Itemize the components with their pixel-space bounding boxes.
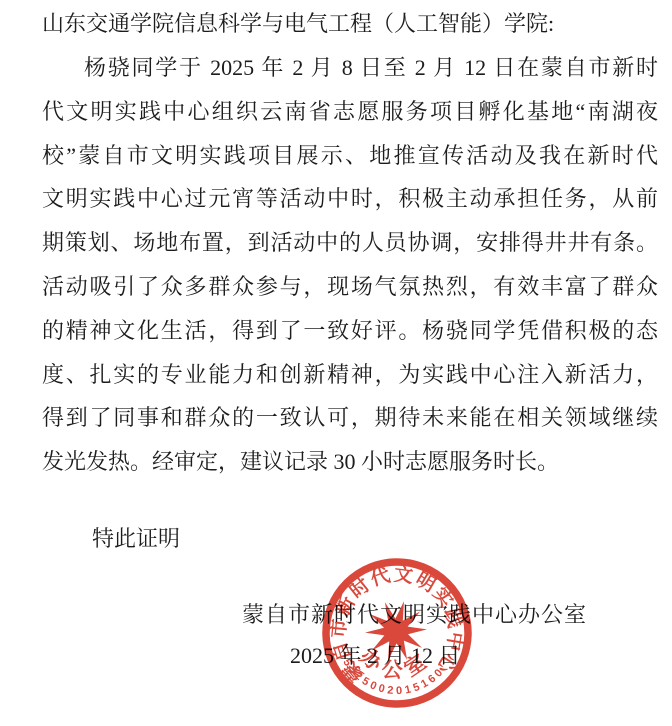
closing-line: 特此证明	[92, 524, 180, 554]
date-line: 2025 年 2 月 12 日	[290, 641, 461, 671]
body-line: 活动吸引了众多群众参与，现场气氛热烈，有效丰富了群众	[42, 265, 658, 309]
certificate-document: 山东交通学院信息科学与电气工程（人工智能）学院: 杨骁同学于 2025 年 2 …	[0, 0, 672, 726]
greeting-line: 山东交通学院信息科学与电气工程（人工智能）学院:	[42, 9, 658, 39]
seal-ring	[326, 562, 468, 704]
body-paragraph: 杨骁同学于 2025 年 2 月 8 日至 2 月 12 日在蒙自市新时 代文明…	[42, 46, 658, 484]
body-line: 文明实践中心过元宵等活动中时，积极主动承担任务，从前	[42, 177, 658, 221]
body-line: 杨骁同学于 2025 年 2 月 8 日至 2 月 12 日在蒙自市新时	[42, 46, 658, 90]
body-line: 期策划、场地布置，到活动中的人员协调，安排得井井有条。	[42, 221, 658, 265]
body-line: 发光发热。经审定，建议记录 30 小时志愿服务时长。	[42, 440, 658, 484]
body-line: 得到了同事和群众的一致认可，期待未来能在相关领域继续	[42, 396, 658, 440]
body-line: 度、扎实的专业能力和创新精神，为实践中心注入新活力，	[42, 353, 658, 397]
body-line: 代文明实践中心组织云南省志愿服务项目孵化基地“南湖夜	[42, 90, 658, 134]
signature-line: 蒙自市新时代文明实践中心办公室	[242, 600, 587, 630]
body-line: 校”蒙自市文明实践项目展示、地推宣传活动及我在新时代	[42, 134, 658, 178]
body-line: 的精神文化生活，得到了一致好评。杨骁同学凭借积极的态	[42, 309, 658, 353]
